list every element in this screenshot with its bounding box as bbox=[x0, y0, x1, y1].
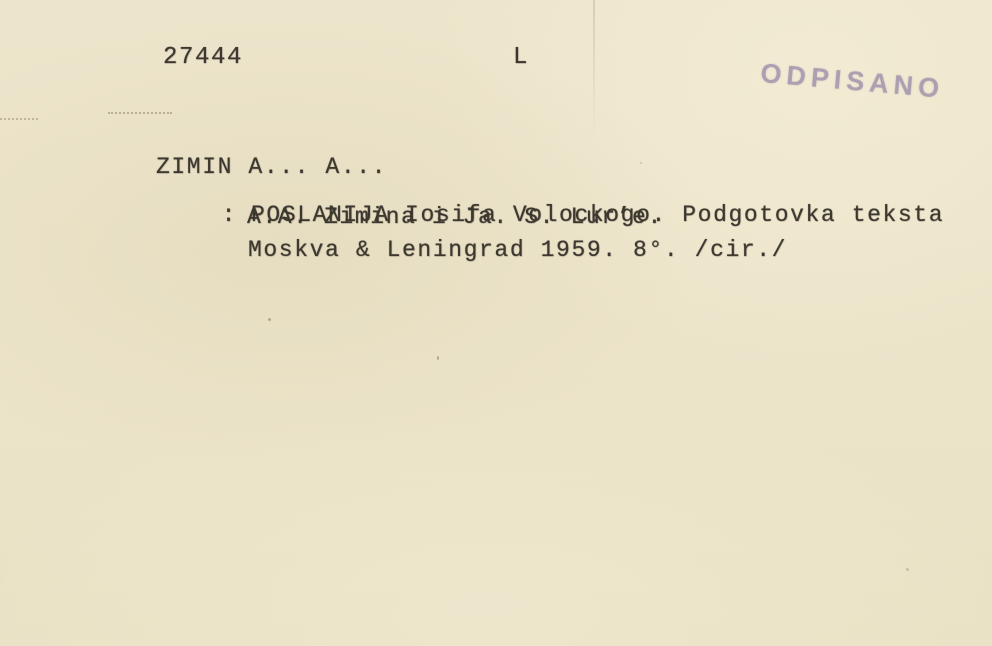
imprint-line: Moskva & Leningrad 1959. 8°. /cir./ bbox=[248, 239, 787, 262]
colon-mark: : bbox=[222, 202, 237, 228]
paper-speck bbox=[268, 318, 271, 321]
catalog-card: 27444 L ODPISANO ZIMIN A... A... :POSLAN… bbox=[0, 0, 992, 646]
author-heading-line: ZIMIN A... A... bbox=[156, 156, 387, 179]
paper-speck bbox=[906, 568, 909, 571]
paper-speck bbox=[640, 162, 642, 164]
paper-speck bbox=[437, 356, 439, 360]
heading-letter: L bbox=[513, 46, 529, 70]
paper-crease bbox=[593, 0, 595, 138]
odpisano-stamp: ODPISANO bbox=[759, 58, 945, 105]
faint-dotted-mark bbox=[0, 118, 38, 120]
editors-line: A.A. Zimina i Ja. S. Lur’e. bbox=[247, 206, 663, 229]
call-number: 27444 bbox=[163, 46, 243, 70]
faint-dotted-mark bbox=[108, 112, 172, 114]
